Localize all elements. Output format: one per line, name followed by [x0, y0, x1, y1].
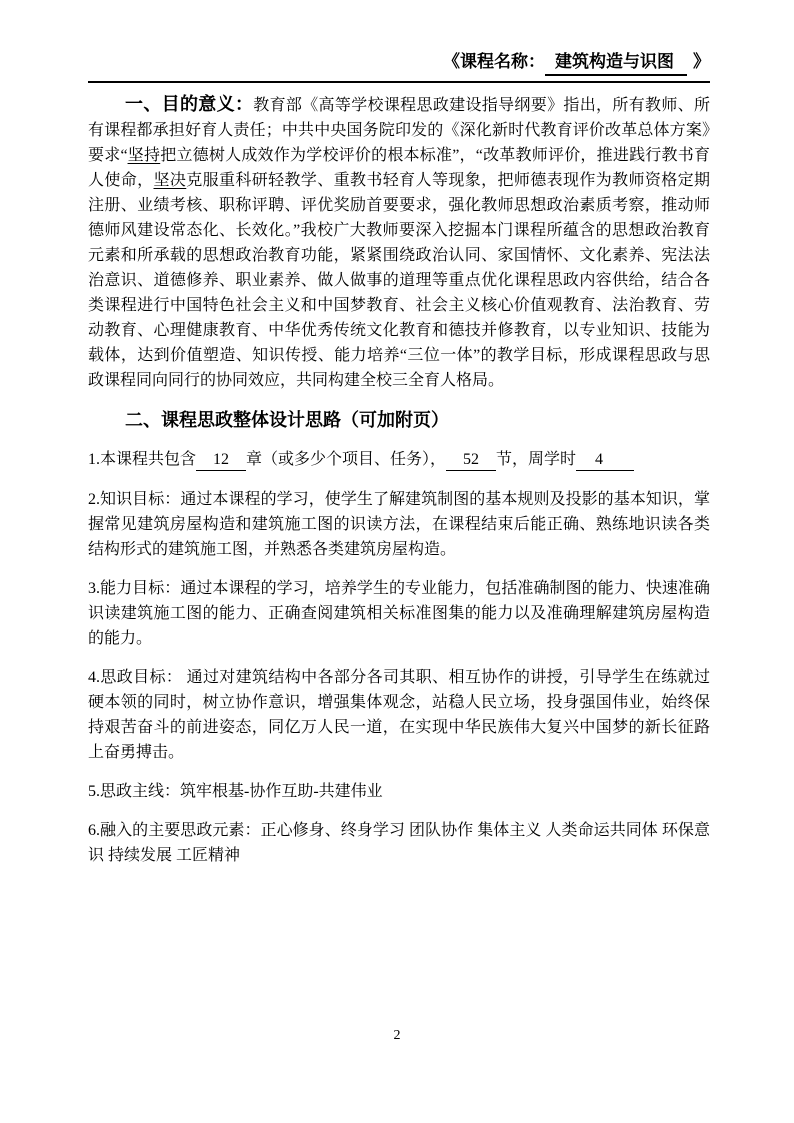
weekly-hours-field: 4: [576, 449, 634, 471]
course-title-prefix: 《课程名称：: [443, 52, 545, 71]
ideology-goal-item: 4.思政目标： 通过对建筑结构中各部分各司其职、相互协作的讲授，引导学生在练就过…: [88, 665, 710, 765]
section2-heading: 二、课程思政整体设计思路（可加附页）: [88, 407, 710, 433]
underlined-term-1: 坚持: [128, 147, 161, 164]
purpose-paragraph: 一、目的意义：教育部《高等学校课程思政建设指导纲要》指出，所有教师、所有课程都承…: [88, 92, 710, 393]
underlined-term-2: 坚决: [154, 172, 187, 189]
ability-goal-item: 3.能力目标：通过本课程的学习，培养学生的专业能力，包括准确制图的能力、快速准确…: [88, 576, 710, 651]
page-number: 2: [0, 1028, 794, 1044]
ideology-elements-item: 6.融入的主要思政元素：正心修身、终身学习 团队协作 集体主义 人类命运共同体 …: [88, 818, 710, 868]
ideology-mainline-item: 5.思政主线：筑牢根基-协作互助-共建伟业: [88, 779, 710, 804]
knowledge-goal-item: 2.知识目标：通过本课程的学习，使学生了解建筑制图的基本规则及投影的基本知识，掌…: [88, 487, 710, 562]
section1-heading: 一、目的意义：: [125, 94, 253, 114]
purpose-text-part3: 克服重科研轻教学、重教书轻育人等现象，把师德表现作为教师资格定期注册、业绩考核、…: [88, 172, 710, 389]
course-structure-item: 1.本课程共包含12章（或多少个项目、任务），52节，周学时4: [88, 447, 710, 472]
item1-text-1: 1.本课程共包含: [88, 451, 196, 468]
course-title-suffix: 》: [693, 52, 710, 71]
document-page: 《课程名称：建筑构造与识图》 一、目的意义：教育部《高等学校课程思政建设指导纲要…: [0, 0, 794, 1123]
chapter-count-field: 12: [196, 449, 246, 471]
course-name-field: 建筑构造与识图: [545, 50, 687, 76]
item1-text-3: 节，周学时: [496, 451, 576, 468]
item1-text-2: 章（或多少个项目、任务），: [246, 451, 446, 468]
section-count-field: 52: [446, 449, 496, 471]
document-header: 《课程名称：建筑构造与识图》: [88, 50, 710, 83]
